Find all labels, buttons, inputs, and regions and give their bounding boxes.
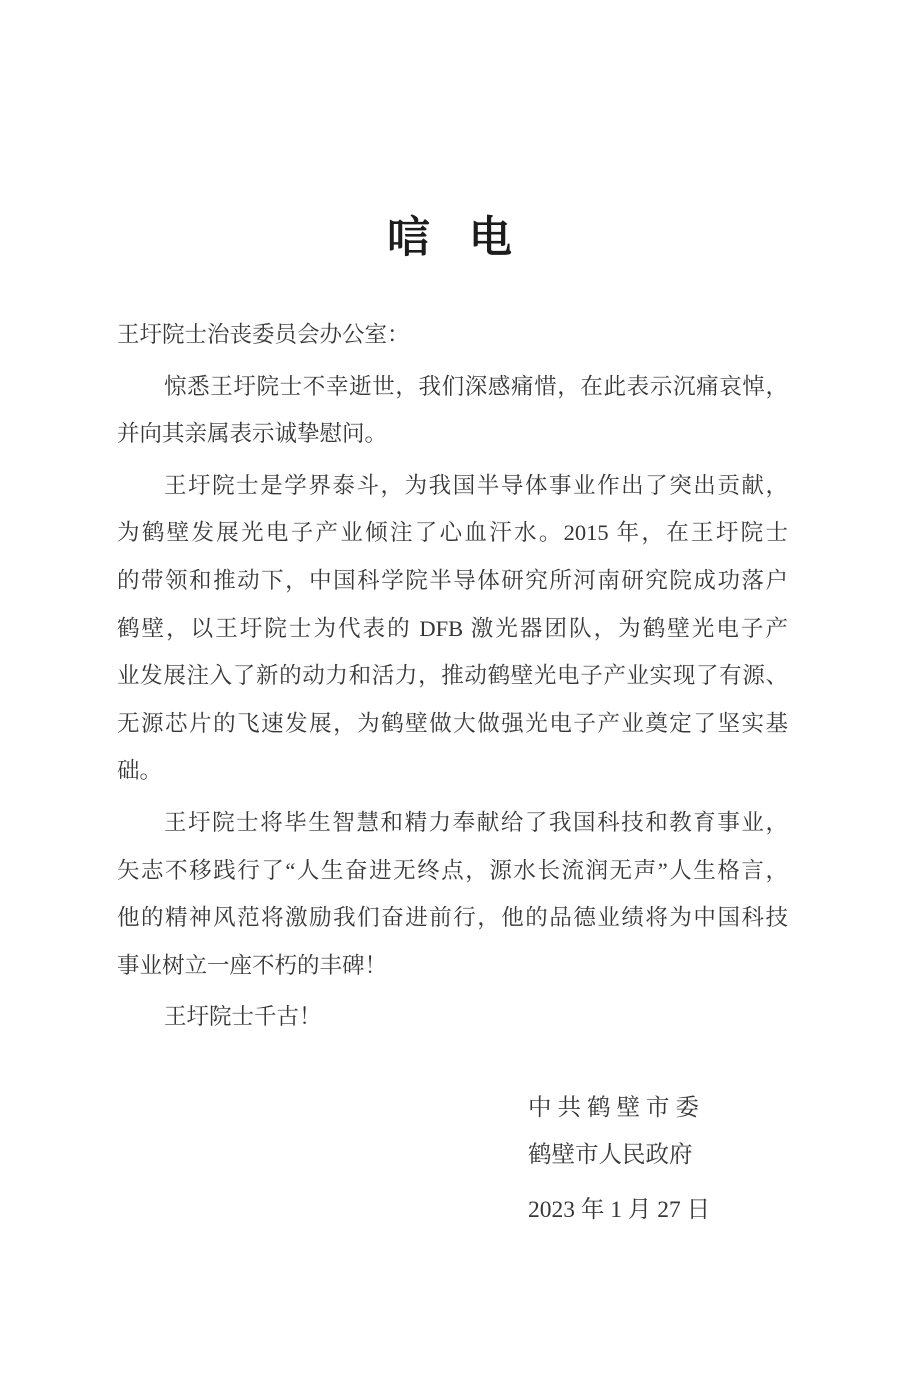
signature-block: 中共鹤壁市委 鹤壁市人民政府 2023 年 1 月 27 日 [528, 1085, 900, 1235]
text-line: 他的精神风范将激励我们奋进前行，他的品德业绩将为中国科技 [117, 894, 788, 942]
text-line: 并向其亲属表示诚挚慰问。 [117, 410, 788, 458]
text-line: 矢志不移践行了“人生奋进无终点，源水长流润无声”人生格言， [117, 847, 788, 895]
signature-date: 2023 年 1 月 27 日 [528, 1187, 900, 1235]
text-line: 为鹤壁发展光电子产业倾注了心血汗水。2015 年，在王圩院士 [117, 509, 788, 557]
text-line: 王圩院士是学界泰斗，为我国半导体事业作出了突出贡献， [117, 462, 788, 510]
document-page: 唁 电 王圩院士治丧委员会办公室：惊悉王圩院士不幸逝世，我们深感痛惜，在此表示沉… [0, 0, 900, 1400]
text-line: 事业树立一座不朽的丰碑！ [117, 942, 788, 990]
paragraph: 王圩院士是学界泰斗，为我国半导体事业作出了突出贡献，为鹤壁发展光电子产业倾注了心… [117, 462, 788, 795]
text-line: 惊悉王圩院士不幸逝世，我们深感痛惜，在此表示沉痛哀悼， [117, 363, 788, 411]
text-line: 鹤壁，以王圩院士为代表的 DFB 激光器团队，为鹤壁光电子产 [117, 605, 788, 653]
text-line: 的带领和推动下，中国科学院半导体研究所河南研究院成功落户 [117, 557, 788, 605]
paragraph: 惊悉王圩院士不幸逝世，我们深感痛惜，在此表示沉痛哀悼，并向其亲属表示诚挚慰问。 [117, 363, 788, 458]
document-title: 唁 电 [0, 216, 900, 262]
text-line: 王圩院士治丧委员会办公室： [117, 311, 788, 359]
signature-org-party-committee: 中共鹤壁市委 [528, 1085, 900, 1133]
document-body: 王圩院士治丧委员会办公室：惊悉王圩院士不幸逝世，我们深感痛惜，在此表示沉痛哀悼，… [117, 311, 788, 1041]
text-line: 无源芯片的飞速发展，为鹤壁做大做强光电子产业奠定了坚实基 [117, 700, 788, 748]
text-line: 王圩院士将毕生智慧和精力奉献给了我国科技和教育事业， [117, 799, 788, 847]
paragraph: 王圩院士千古！ [117, 993, 788, 1041]
paragraph: 王圩院士治丧委员会办公室： [117, 311, 788, 359]
text-line: 王圩院士千古！ [117, 993, 788, 1041]
signature-org-government: 鹤壁市人民政府 [528, 1132, 900, 1180]
text-line: 业发展注入了新的动力和活力，推动鹤壁光电子产业实现了有源、 [117, 652, 788, 700]
paragraph: 王圩院士将毕生智慧和精力奉献给了我国科技和教育事业，矢志不移践行了“人生奋进无终… [117, 799, 788, 989]
text-line: 础。 [117, 747, 788, 795]
